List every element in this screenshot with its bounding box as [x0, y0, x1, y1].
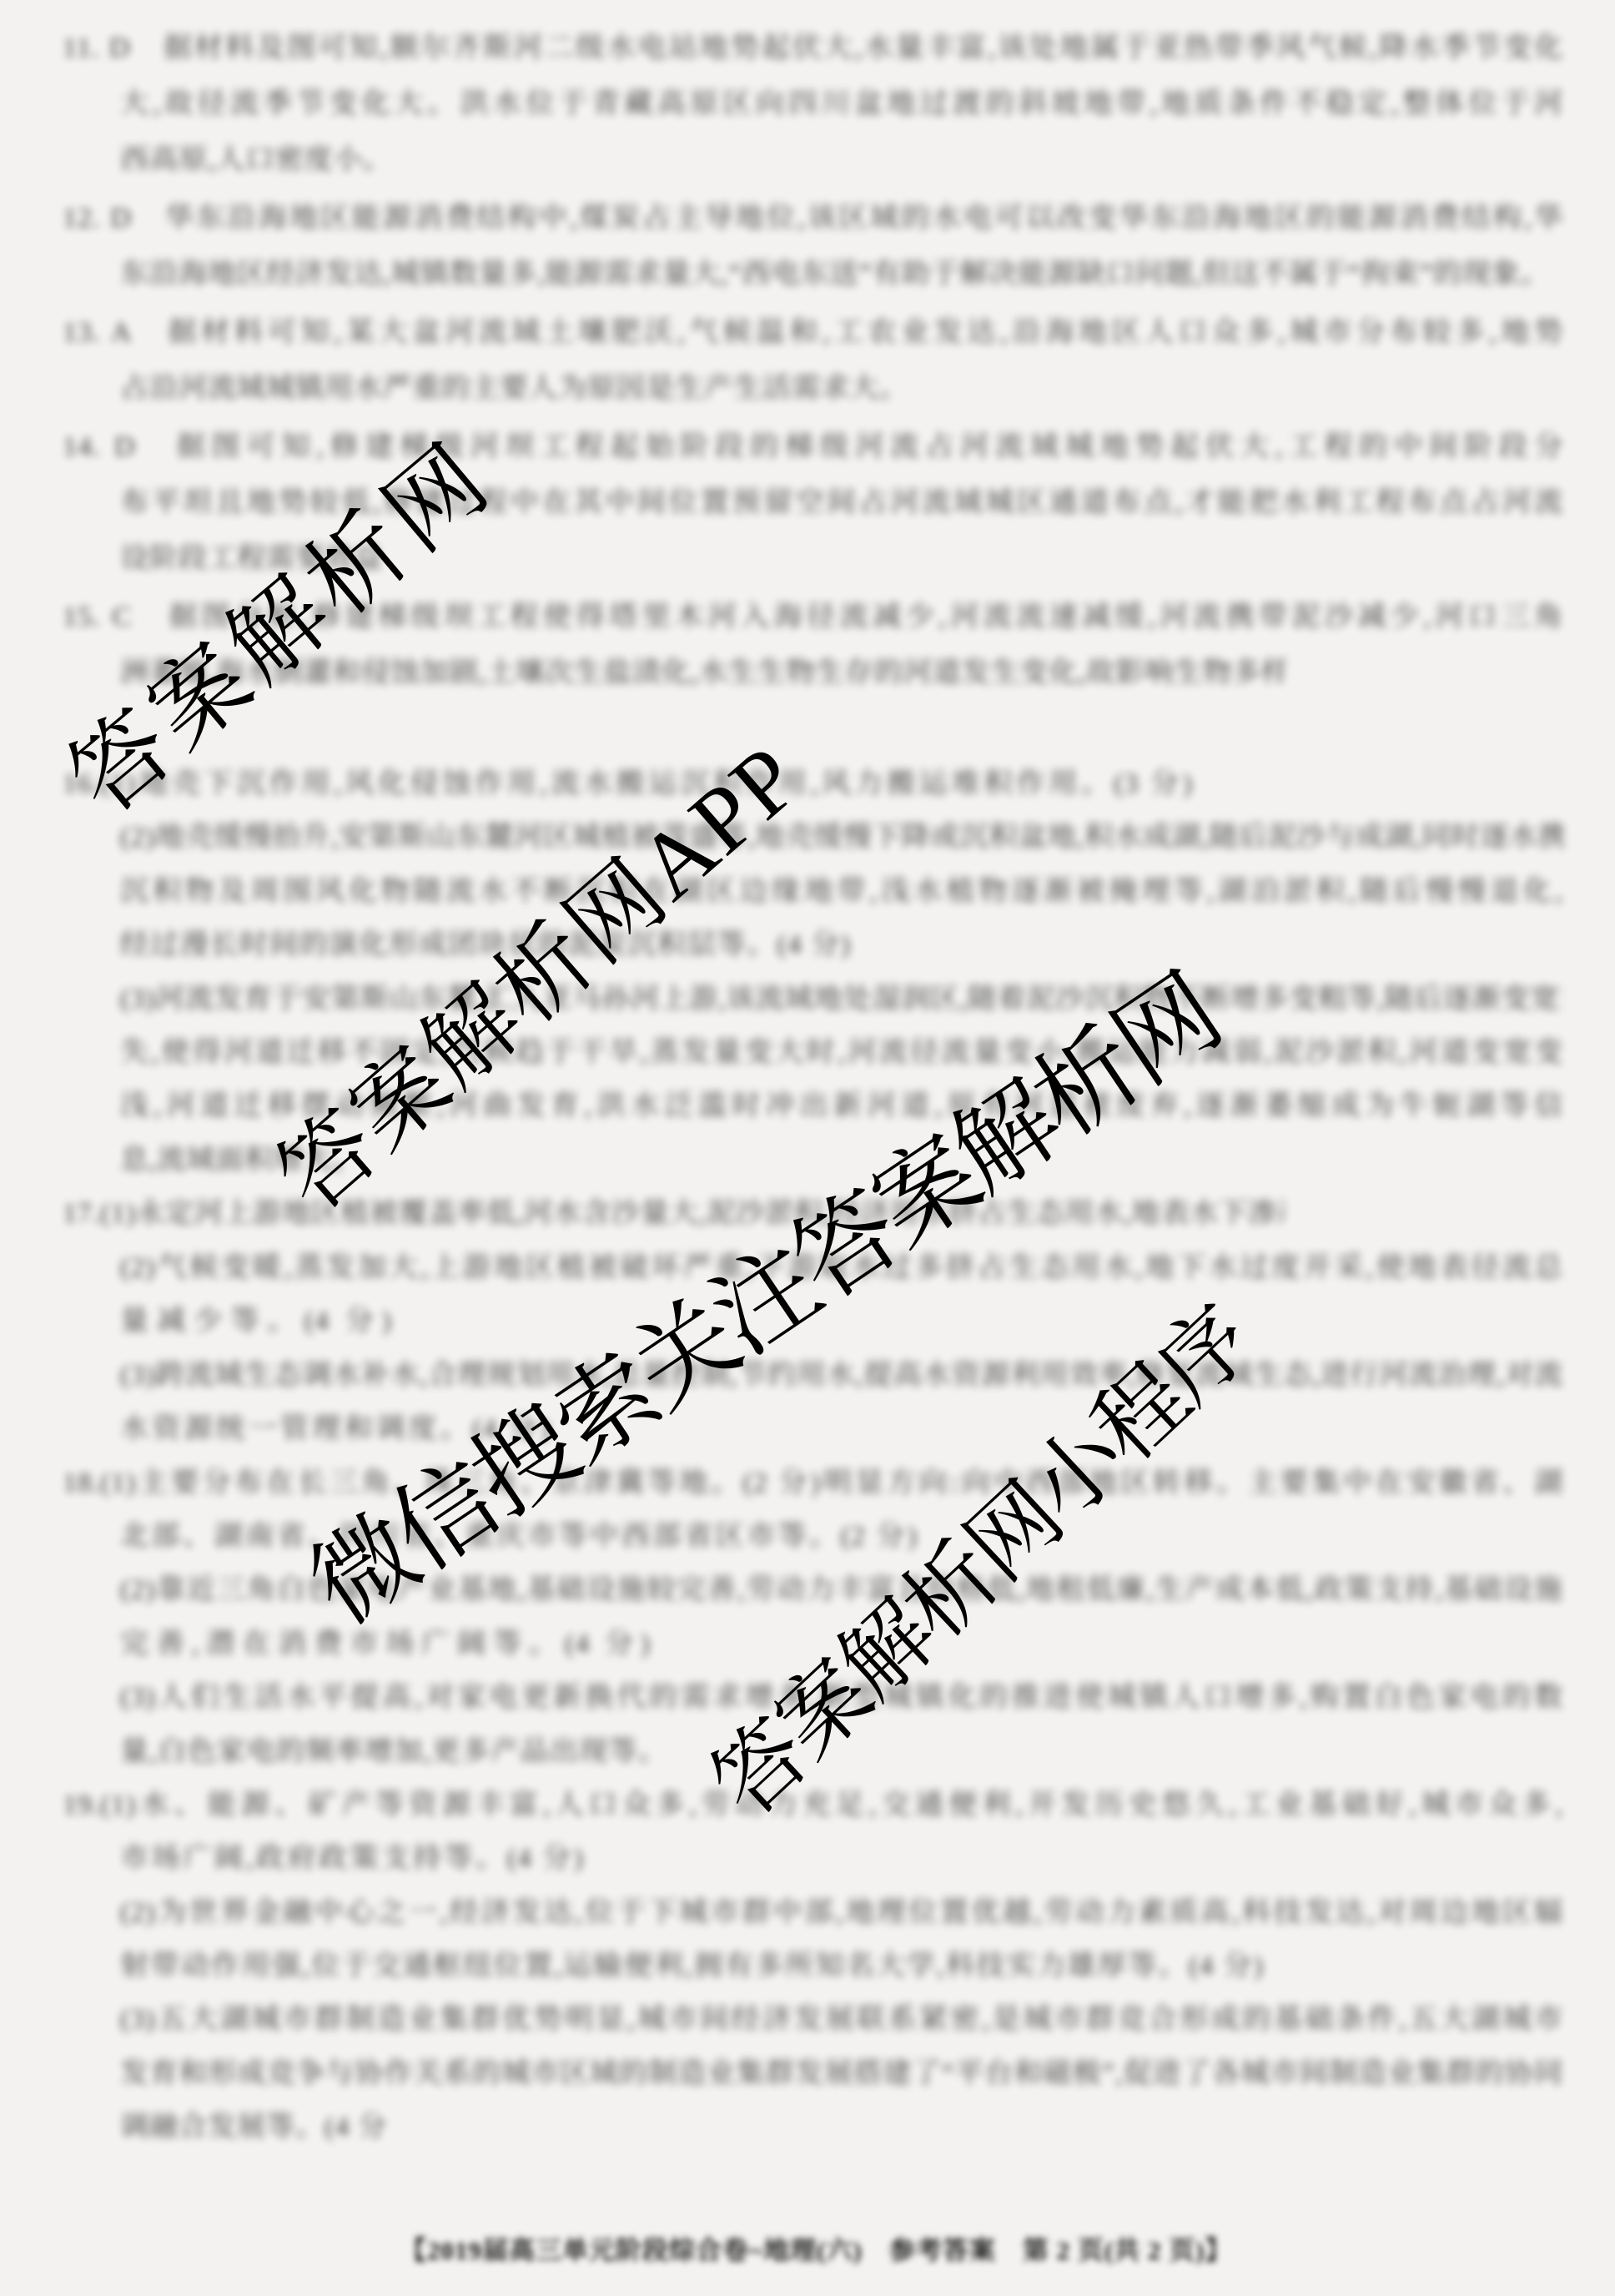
answer-18-part1-line-1: 18.(1)主要分布在长三角、珠三角、京津冀等地。(2 分)明显方向:向中西部地… [63, 1467, 1563, 1503]
answer-16-part2-line-2: 沉积物及周围风化物随流水不断沉积在湖区边缘地带,浅水植物逐渐被掩埋等,湖泊淤积,… [120, 875, 1563, 912]
answer-13-line-1: 13. A 据材料可知,某大盆河流域土壤肥沃,气候温和,工农业发达,沿海地区人口… [63, 316, 1563, 353]
answer-17-part1-line-1: 17.(1)永定河上游地区植被覆盖率低,河水含沙量大,泥沙淤积,经济用水挤占生态… [63, 1197, 1285, 1234]
answer-16-part2-line-1: (2)地壳缓慢抬升,安第斯山东麓河区城植被茂盛等,地壳缓慢下降或沉积盆地,积水成… [120, 821, 1563, 858]
answer-16-part1-line-1: 16.(1)地壳下沉作用,风化侵蚀作用,流水搬运沉积作用,风力搬运堆积作用。(3… [63, 768, 1193, 804]
answer-17-part3-line-1: (3)跨流域生态调水补水,合理规划用水,总量控制,节约用水,提高水资源利用效率,… [120, 1359, 1563, 1396]
answer-12-line-1: 12. D 华东沿海地区能源消费结构中,煤炭占主导地位,该区域的水电可以改变华东… [63, 202, 1563, 239]
answer-19-part2-line-1: (2)为世界金融中心之一,经济发达,位于下城市群中部,地理位置优越,劳动力素质高… [120, 1896, 1563, 1933]
answer-14-line-1: 14. D 据图可知,修建梯级河坝工程起始阶段的梯级河流占河流域城地势起伏大,工… [63, 430, 1563, 467]
answer-19-part3-line-1: (3)五大湖城市群制造业集群优势明显,城市间经济发展联系紧密,是城市群竞合形成的… [120, 2003, 1563, 2040]
answer-19-part3-line-2: 发育和形成竞争与协作关系的城市区域的制造业集群发展搭建了“平台和磁极”,促进了各… [120, 2057, 1563, 2094]
answer-19-part1-line-2: 市场广阔,政府政策支持等。(4 分) [120, 1842, 584, 1879]
answer-sheet-page: 11. D 据材料及图可知,额尔齐斯河二级水电站地势起伏大,水量丰富,该处地属于… [0, 0, 1615, 2296]
answer-13-line-2: 占沿河流域城镇用水严重的主要人为原因是生产生活需求大。 [120, 372, 901, 409]
answer-19-part2-line-2: 射带动作用强,位于交通枢纽位置,运输便利,拥有多所知名大学,科技实力雄厚等。(4… [120, 1950, 1264, 1986]
answer-11-line-2: 大,故径流季节变化大。洪水位于青藏高原区向四川盆地过渡的斜坡地带,地质条件不稳定… [120, 88, 1563, 124]
answer-17-part2-line-2: 量减少等。(4 分) [120, 1305, 392, 1342]
answer-11-line-1: 11. D 据材料及图可知,额尔齐斯河二级水电站地势起伏大,水量丰富,该处地属于… [63, 32, 1563, 68]
answer-11-line-3: 西高原,人口密度小。 [120, 143, 392, 180]
answer-12-line-2: 东沿海地区经济发达,城镇数量多,能源需求量大,“西电东送”有助于解决能源缺口问题… [120, 258, 1550, 295]
answer-19-part3-line-3: 调融合发展等。(4 分) [120, 2111, 386, 2147]
answer-18-part3-line-2: 量,白色家电的频率增加,更多产品出现等。 [120, 1735, 667, 1772]
answer-16-part3-line-1: (3)河流发育于安第斯山东麓,汇入亚马孙河上游,该流域地处湿润区,随着泥沙沉积物… [120, 983, 1563, 1020]
page-footer: 【2019届高三单元阶段综合卷~地理(六) 参考答案 第 2 页(共 2 页)】 [400, 2229, 1151, 2267]
